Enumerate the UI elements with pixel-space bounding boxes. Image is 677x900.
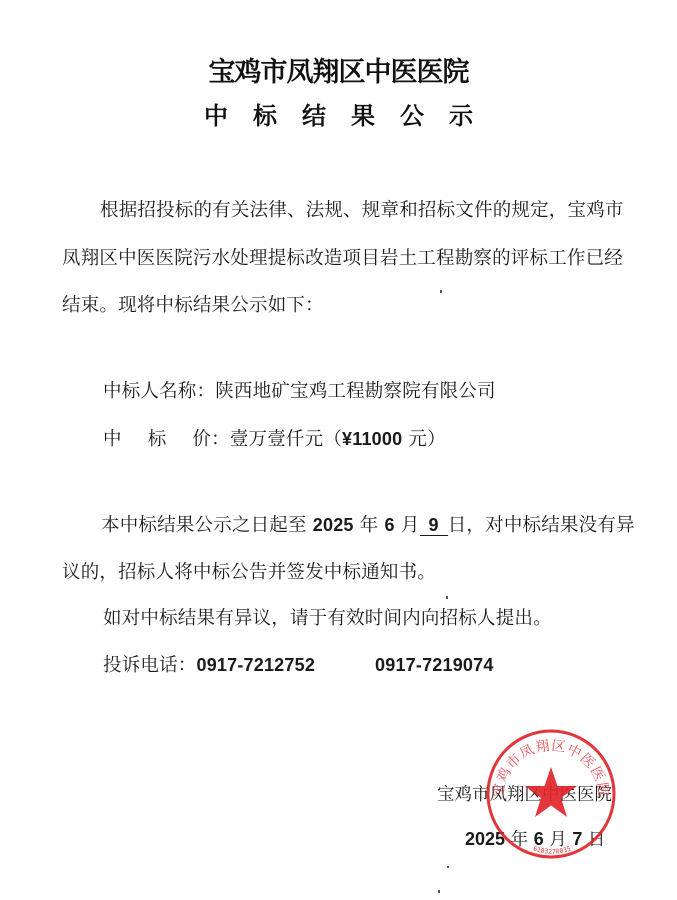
intro-line-2: 凤翔区中医医院污水处理提标改造项目岩土工程勘察的评标工作已经 bbox=[62, 244, 623, 270]
signature-organization: 宝鸡市凤翔区中医医院 bbox=[437, 781, 612, 806]
period-month: 6 bbox=[385, 515, 395, 535]
intro-line-3: 结束。现将中标结果公示如下： bbox=[62, 291, 324, 317]
price-value-text: 壹万壹仟元（ bbox=[230, 429, 342, 450]
period-text-after: 日，对中标结果没有异 bbox=[448, 515, 635, 536]
document-title-notice: 中标结果公示 bbox=[0, 96, 677, 131]
price-label-char-1: 中 bbox=[103, 429, 122, 450]
period-day: 9 bbox=[420, 515, 448, 536]
signature-date-day: 7 bbox=[572, 829, 582, 849]
intro-line-1: 根据招投标的有关法律、法规、规章和招标文件的规定，宝鸡市 bbox=[100, 196, 624, 222]
scan-speck bbox=[438, 890, 440, 893]
price-label-char-2: 标 bbox=[148, 429, 167, 450]
complaint-phone-2: 0917-7219074 bbox=[375, 655, 494, 675]
signature-date: 2025 年 6 月 7 日 bbox=[465, 826, 605, 851]
signature-date-day-unit: 日 bbox=[582, 830, 605, 850]
price-row: 中标价：壹万壹仟元（¥11000 元） bbox=[103, 425, 446, 451]
price-value-suffix: 元） bbox=[402, 429, 445, 450]
complaint-label: 投诉电话： bbox=[103, 655, 197, 676]
signature-date-year-unit: 年 bbox=[505, 830, 534, 850]
period-text-before: 本中标结果公示之日起至 bbox=[101, 515, 313, 536]
scan-speck bbox=[440, 290, 442, 293]
scan-speck bbox=[447, 866, 449, 868]
period-month-unit: 月 bbox=[395, 515, 420, 536]
signature-date-month-unit: 月 bbox=[544, 830, 573, 850]
winner-row: 中标人名称：陕西地矿宝鸡工程勘察院有限公司 bbox=[103, 377, 496, 403]
winner-value: 陕西地矿宝鸡工程勘察院有限公司 bbox=[215, 381, 496, 402]
price-label-char-3: 价： bbox=[192, 429, 229, 450]
scan-speck bbox=[446, 596, 448, 599]
period-line-1: 本中标结果公示之日起至 2025 年 6 月9日，对中标结果没有异 bbox=[101, 511, 635, 537]
winner-label: 中标人名称： bbox=[103, 381, 215, 402]
document-title-organization: 宝鸡市凤翔区中医医院 bbox=[0, 50, 677, 89]
signature-date-year: 2025 bbox=[465, 829, 505, 849]
objection-line: 如对中标结果有异议，请于有效时间内向招标人提出。 bbox=[103, 604, 552, 630]
signature-date-month: 6 bbox=[534, 829, 544, 849]
period-year: 2025 bbox=[313, 515, 354, 535]
price-value-amount: ¥11000 bbox=[342, 429, 402, 449]
period-line-2: 议的，招标人将中标公告并签发中标通知书。 bbox=[62, 558, 436, 584]
period-year-unit: 年 bbox=[354, 515, 385, 536]
complaint-row: 投诉电话：0917-72127520917-7219074 bbox=[103, 651, 494, 677]
complaint-phone-1: 0917-7212752 bbox=[197, 655, 316, 675]
